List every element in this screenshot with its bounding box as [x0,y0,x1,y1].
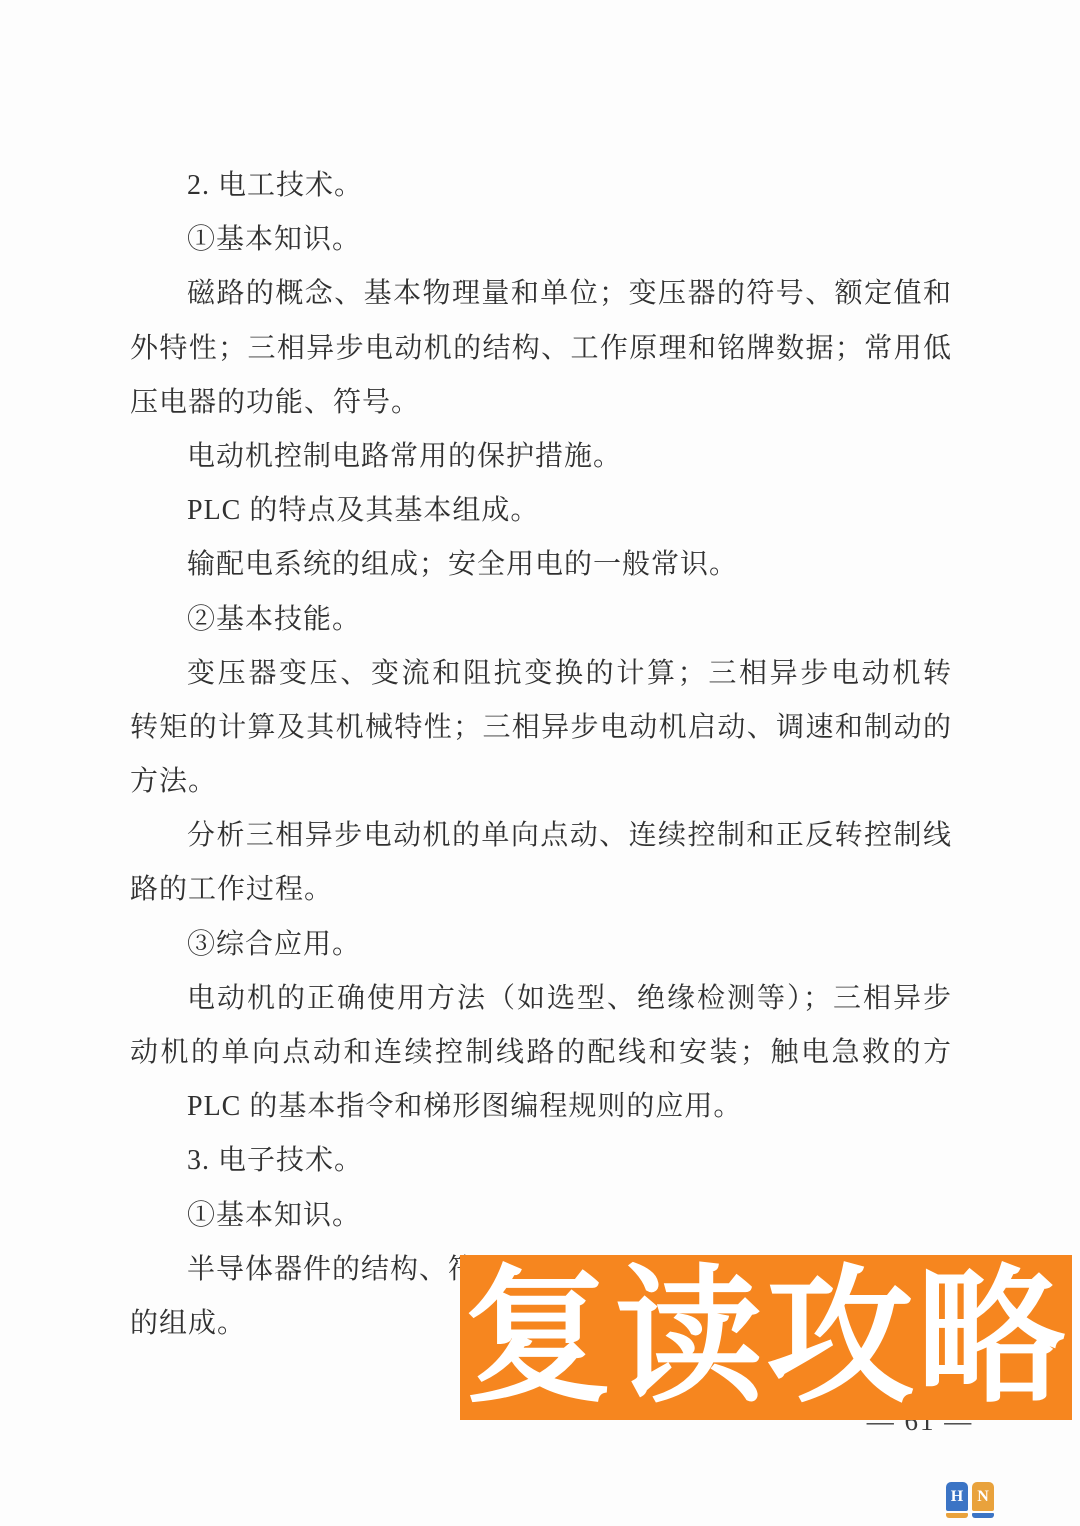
text-line: 方法。 [130,755,952,809]
logo-strip-orange [946,1513,968,1518]
text-line: 电动机的正确使用方法（如选型、绝缘检测等）；三相异步电 [130,972,952,1026]
text-line: 磁路的概念、基本物理量和单位；变压器的符号、额定值和 [130,267,952,321]
text-line: 3. 电子技术。 [130,1134,952,1188]
text-line: ①基本知识。 [130,213,952,267]
text-line: ①基本知识。 [130,1189,952,1243]
text-line: PLC 的特点及其基本组成。 [130,484,952,538]
document-page: 2. 电工技术。 ①基本知识。 磁路的概念、基本物理量和单位；变压器的符号、额定… [0,0,1080,1526]
logo-letter-h: H [946,1482,968,1511]
document-body: 2. 电工技术。 ①基本知识。 磁路的概念、基本物理量和单位；变压器的符号、额定… [130,159,952,1351]
text-line: 压电器的功能、符号。 [130,376,952,430]
text-line: ③综合应用。 [130,918,952,972]
text-line: 路的工作过程。 [130,863,952,917]
logo-letter-n: N [972,1482,994,1511]
text-line: 分析三相异步电动机的单向点动、连续控制和正反转控制线 [130,809,952,863]
logo-tile-n: N [972,1482,994,1518]
hn-logo: H N [946,1482,994,1518]
text-line: PLC 的基本指令和梯形图编程规则的应用。 [130,1080,952,1134]
text-line: 动机的单向点动和连续控制线路的配线和安装；触电急救的方法。 [130,1026,952,1080]
watermark-text: 复读攻略 [464,1255,1068,1420]
text-line: 2. 电工技术。 [130,159,952,213]
text-line: 外特性；三相异步电动机的结构、工作原理和铭牌数据；常用低 [130,322,952,376]
text-line: 电动机控制电路常用的保护措施。 [130,430,952,484]
text-line: 变压器变压、变流和阻抗变换的计算；三相异步电动机转速、 [130,647,952,701]
text-line: ②基本技能。 [130,593,952,647]
logo-strip-blue [972,1513,994,1518]
watermark-banner: 复读攻略 [460,1255,1072,1420]
text-line: 转矩的计算及其机械特性；三相异步电动机启动、调速和制动的 [130,701,952,755]
logo-tile-h: H [946,1482,968,1518]
text-line: 输配电系统的组成；安全用电的一般常识。 [130,538,952,592]
